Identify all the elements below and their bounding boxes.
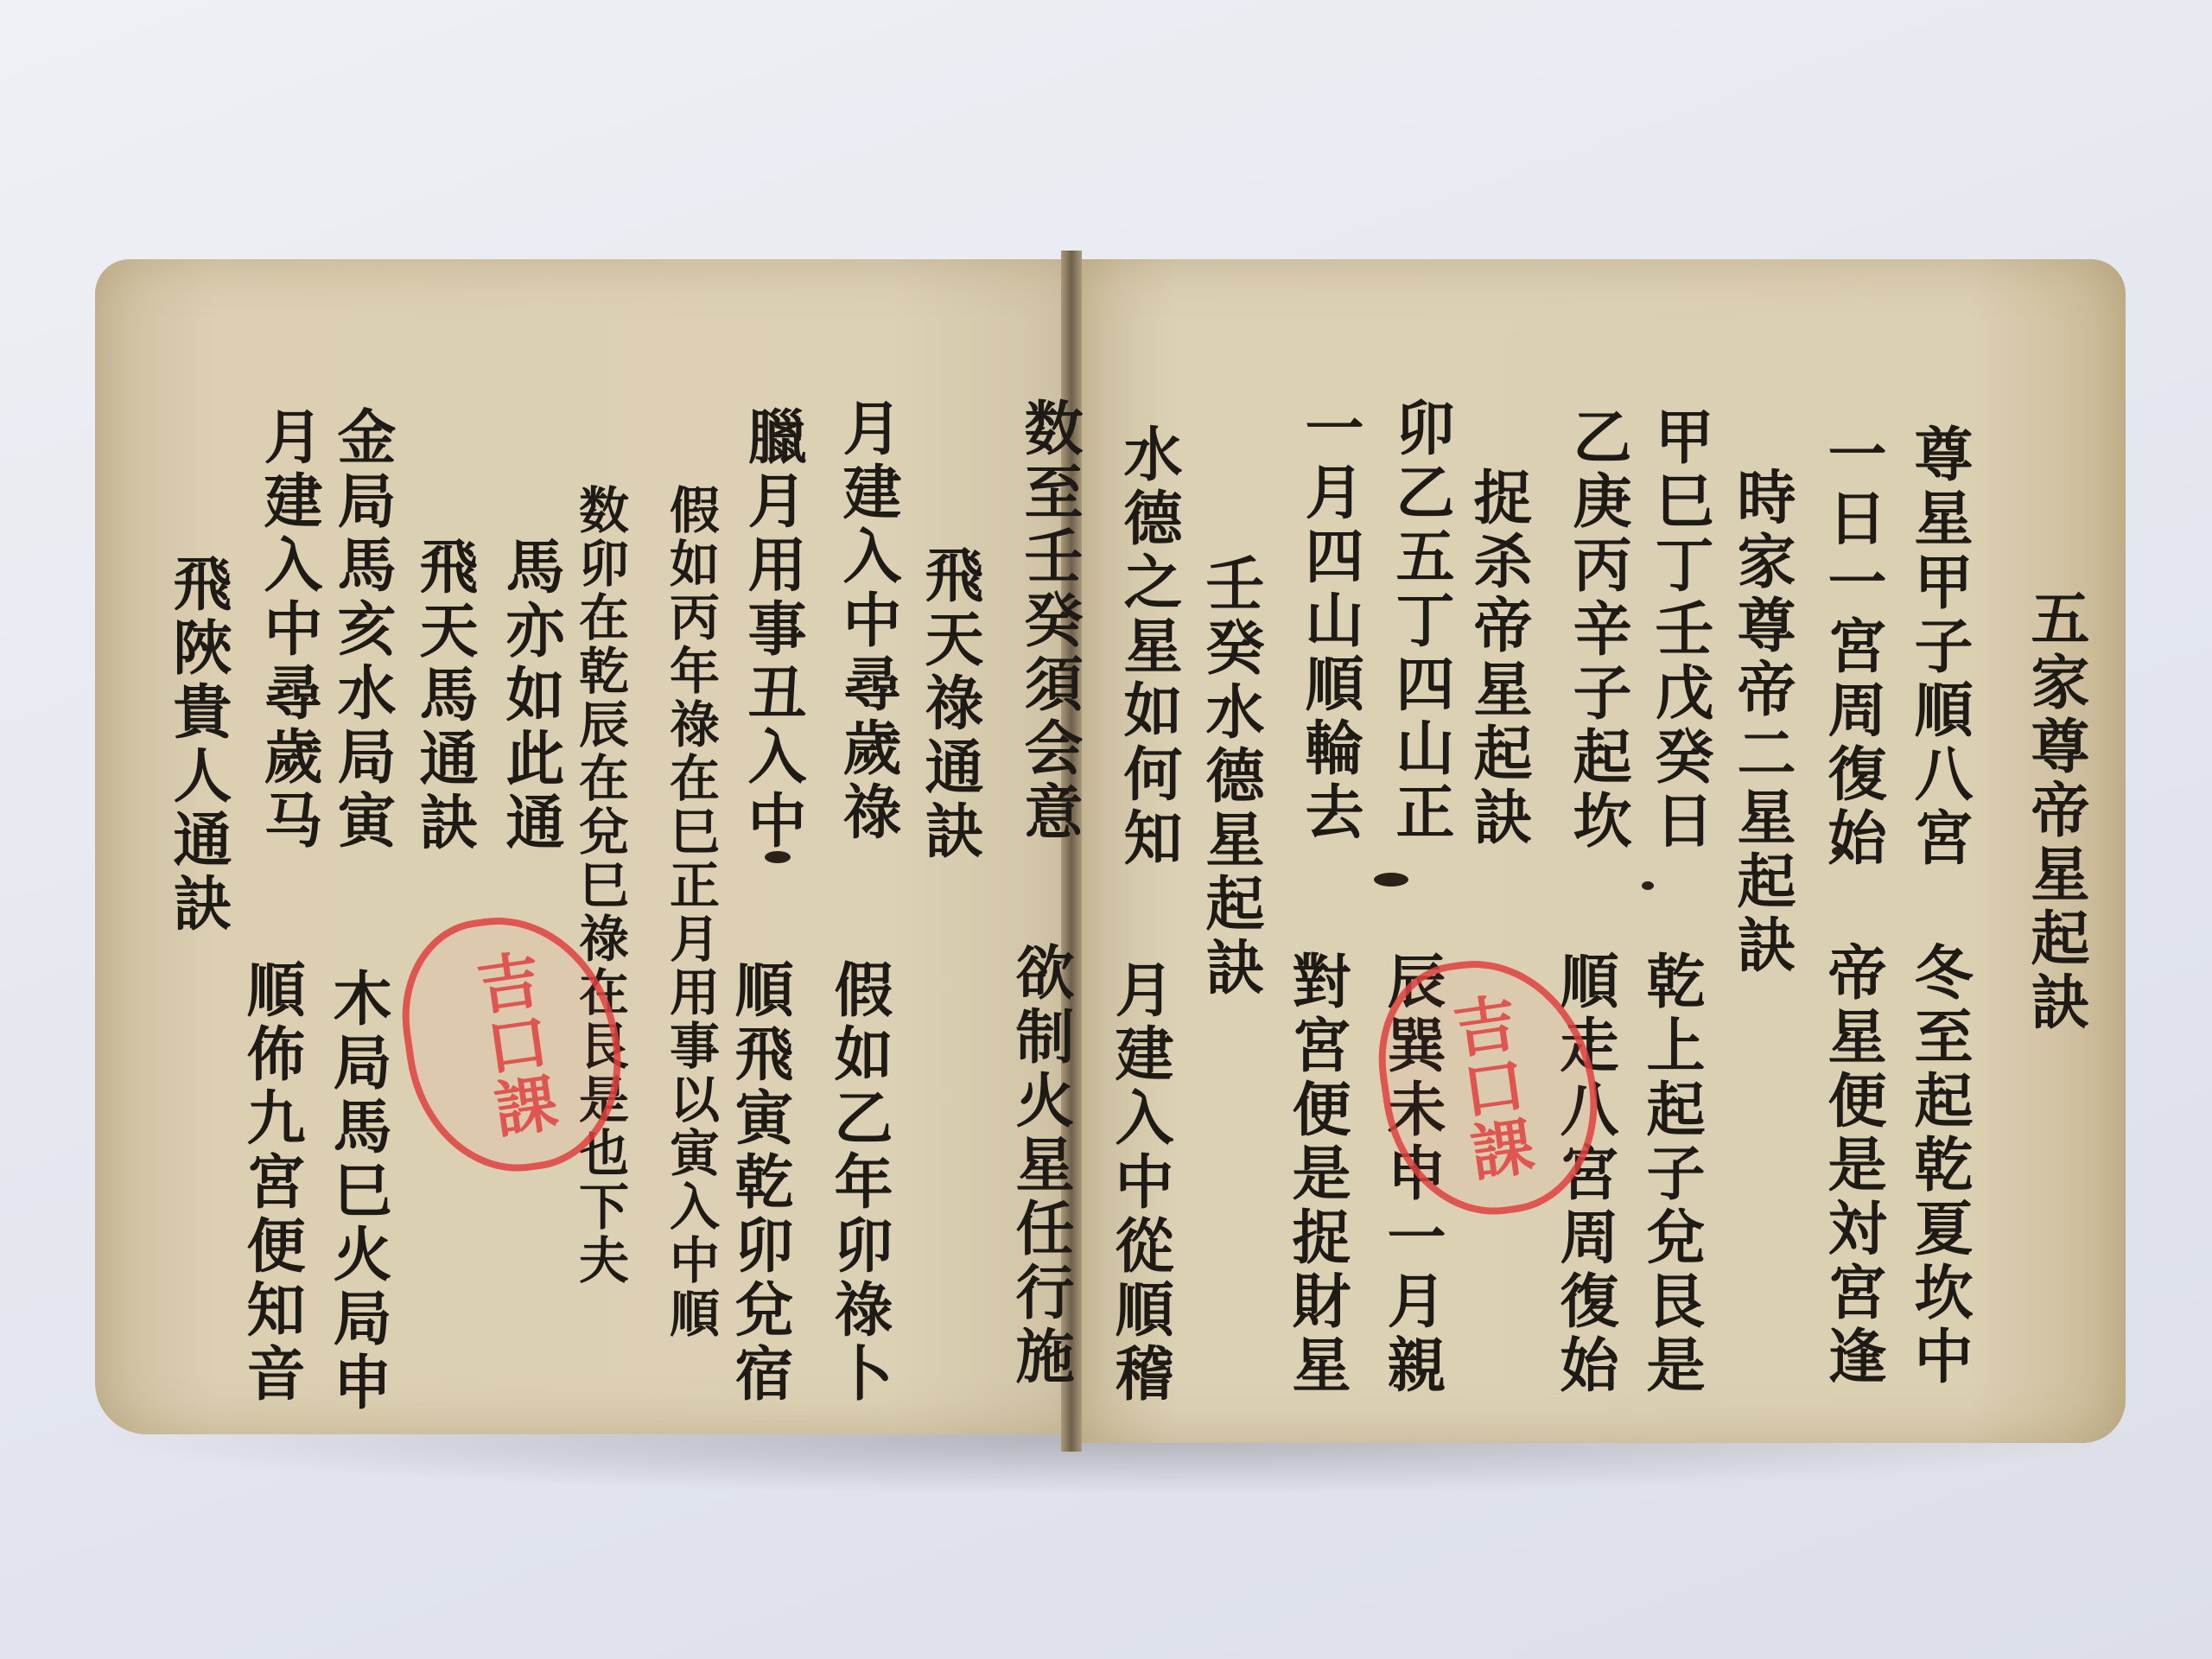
right-col-7: 乾上起子兌艮是 [1642,950,1700,1398]
right-col-4: 帝星便是対宮逢 [1823,942,1882,1389]
worm-hole [1832,847,1844,855]
left-col-0: 数至壬癸須会意 [1020,397,1078,845]
left-col-7: 假如丙年祿在巳正月用事以寅入中順 [665,484,715,1341]
left-col-3: 月建入中尋歲祿 [838,397,897,845]
left-col-2: 飛天祿通訣 [920,544,979,864]
worm-hole [1642,881,1654,890]
left-col-5: 臘月用事丑入中 [743,406,802,854]
right-col-15: 壬癸水德星起訣 [1201,553,1260,1001]
left-col-4: 假如乙年卯祿卜 [829,959,888,1407]
worm-hole [1374,873,1408,887]
right-col-14: 對宮便是捉財星 [1287,950,1346,1398]
right-col-5: 時家尊帝二星起訣 [1732,467,1791,978]
right-col-11: 卯乙五丁四山正 [1391,397,1450,845]
left-col-12: 木局馬巳火局申 [328,968,387,1415]
seal-text: 吉口課 [466,947,559,1141]
right-col-3: 一日一宮周復始 [1823,423,1882,871]
right-col-10: 捉杀帝星起訣 [1469,467,1528,850]
left-col-10: 飛天馬通訣 [415,536,474,855]
left-col-15: 順佈九宮便知音 [242,959,301,1407]
left-col-14: 飛陜貴人通訣 [168,553,227,937]
right-col-1: 尊星甲子順八宮 [1910,423,1968,871]
right-col-16: 水德之星如何知 [1119,423,1178,871]
right-col-8: 乙庚丙辛子起坎 [1568,406,1627,854]
left-col-6: 順飛寅乾卯兌宿 [730,959,789,1407]
left-col-8: 数卯在乾辰在兌巳祿在艮是也下夫 [575,484,625,1287]
right-col-17: 月建入中從順稽 [1110,959,1169,1407]
left-col-1: 欲制火星任行施 [1011,942,1070,1389]
left-col-11: 金局馬亥水局寅 [333,406,391,854]
left-col-13: 月建入中尋歲马 [259,406,318,854]
right-page-title: 五家尊帝星起訣 [2026,588,2085,1035]
seal-text: 吉口課 [1442,990,1535,1185]
right-col-6: 甲巳丁壬戊癸日 [1650,406,1709,854]
left-col-9: 馬亦如此通 [501,536,560,855]
worm-hole [765,851,791,863]
right-col-13: 一月四山順輪去 [1300,397,1359,845]
right-col-2: 冬至起乾夏坎中 [1910,942,1968,1389]
